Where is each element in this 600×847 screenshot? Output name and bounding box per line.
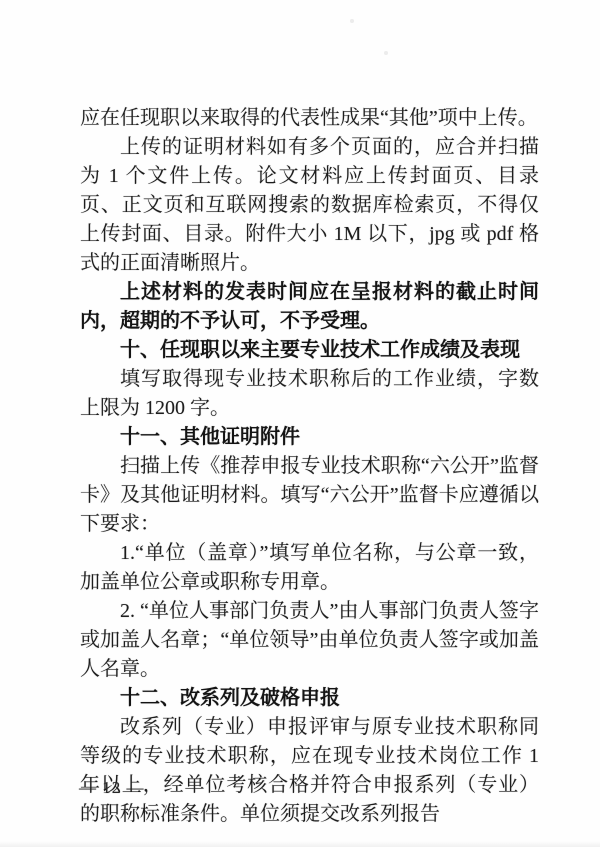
paragraph: 应在任现职以来取得的代表性成果“其他”项中上传。 (80, 104, 539, 133)
paragraph: 扫描上传《推荐申报专业技术职称“六公开”监督卡》及其他证明材料。填写“六公开”监… (80, 452, 539, 539)
scan-edge-shading (0, 841, 600, 847)
scan-artifact-speck (350, 19, 354, 23)
section-heading: 十、任现职以来主要专业技术工作成绩及表现 (80, 336, 539, 365)
paragraph: 填写取得现专业技术职称后的工作业绩，字数上限为 1200 字。 (80, 365, 539, 423)
section-heading: 十一、其他证明附件 (80, 423, 539, 452)
paragraph: 上传的证明材料如有多个页面的，应合并扫描为 1 个文件上传。论文材料应上传封面页… (80, 133, 539, 278)
document-body: 应在任现职以来取得的代表性成果“其他”项中上传。上传的证明材料如有多个页面的，应… (80, 104, 539, 829)
paragraph: 改系列（专业）申报评审与原专业技术职称同等级的专业技术职称，应在现专业技术岗位工… (80, 713, 539, 829)
scan-artifact-speck (384, 51, 388, 55)
page-number: — 12 — (79, 778, 145, 798)
paragraph: 2. “单位人事部门负责人”由人事部门负责人签字或加盖人名章；“单位领导”由单位… (80, 597, 539, 684)
document-page: 应在任现职以来取得的代表性成果“其他”项中上传。上传的证明材料如有多个页面的，应… (0, 0, 600, 847)
paragraph: 1.“单位（盖章）”填写单位名称，与公章一致，加盖单位公章或职称专用章。 (80, 539, 539, 597)
section-heading: 十二、改系列及破格申报 (80, 684, 539, 713)
paragraph: 上述材料的发表时间应在呈报材料的截止时间内，超期的不予认可，不予受理。 (80, 278, 539, 336)
